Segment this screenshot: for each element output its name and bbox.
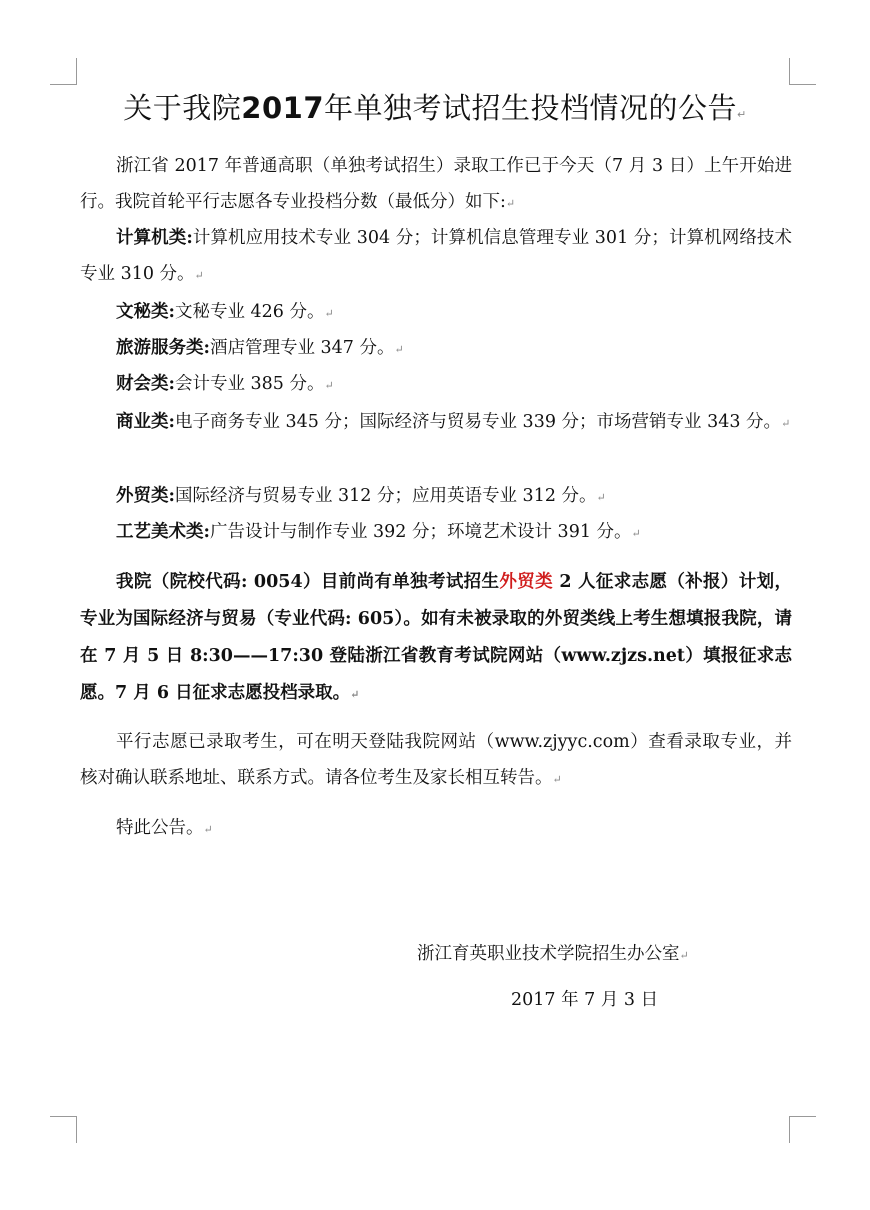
category-tourism: 旅游服务类:酒店管理专业 347 分。↵ bbox=[80, 330, 792, 368]
admitted-note-paragraph: 平行志愿已录取考生，可在明天登陆我院网站（www.zjyyc.com）查看录取专… bbox=[80, 724, 792, 798]
signature-org: 浙江育英职业技术学院招生办公室↵ bbox=[417, 940, 689, 965]
document-title: 关于我院2017年单独考试招生投档情况的公告↵ bbox=[0, 86, 870, 127]
category-secretary: 文秘类:文秘专业 426 分。↵ bbox=[80, 294, 792, 332]
category-foreign-trade: 外贸类:国际经济与贸易专业 312 分；应用英语专业 312 分。↵ bbox=[80, 478, 792, 516]
signature-date: 2017 年 7 月 3 日 bbox=[511, 986, 658, 1011]
crop-mark-top-left bbox=[50, 58, 77, 85]
crop-mark-bottom-left bbox=[50, 1116, 77, 1143]
supplement-paragraph: 我院（院校代码: 0054）目前尚有单独考试招生外贸类 2 人征求志愿（补报）计… bbox=[80, 564, 792, 713]
category-commerce: 商业类:电子商务专业 345 分；国际经济与贸易专业 339 分；市场营销专业 … bbox=[80, 404, 792, 442]
category-accounting: 财会类:会计专业 385 分。↵ bbox=[80, 366, 792, 404]
category-computer: 计算机类:计算机应用技术专业 304 分；计算机信息管理专业 301 分；计算机… bbox=[80, 220, 792, 294]
crop-mark-bottom-right bbox=[789, 1116, 816, 1143]
crop-mark-top-right bbox=[789, 58, 816, 85]
closing-paragraph: 特此公告。↵ bbox=[80, 810, 792, 848]
intro-paragraph: 浙江省 2017 年普通高职（单独考试招生）录取工作已于今天（7 月 3 日）上… bbox=[80, 148, 792, 222]
category-arts: 工艺美术类:广告设计与制作专业 392 分；环境艺术设计 391 分。↵ bbox=[80, 514, 792, 552]
